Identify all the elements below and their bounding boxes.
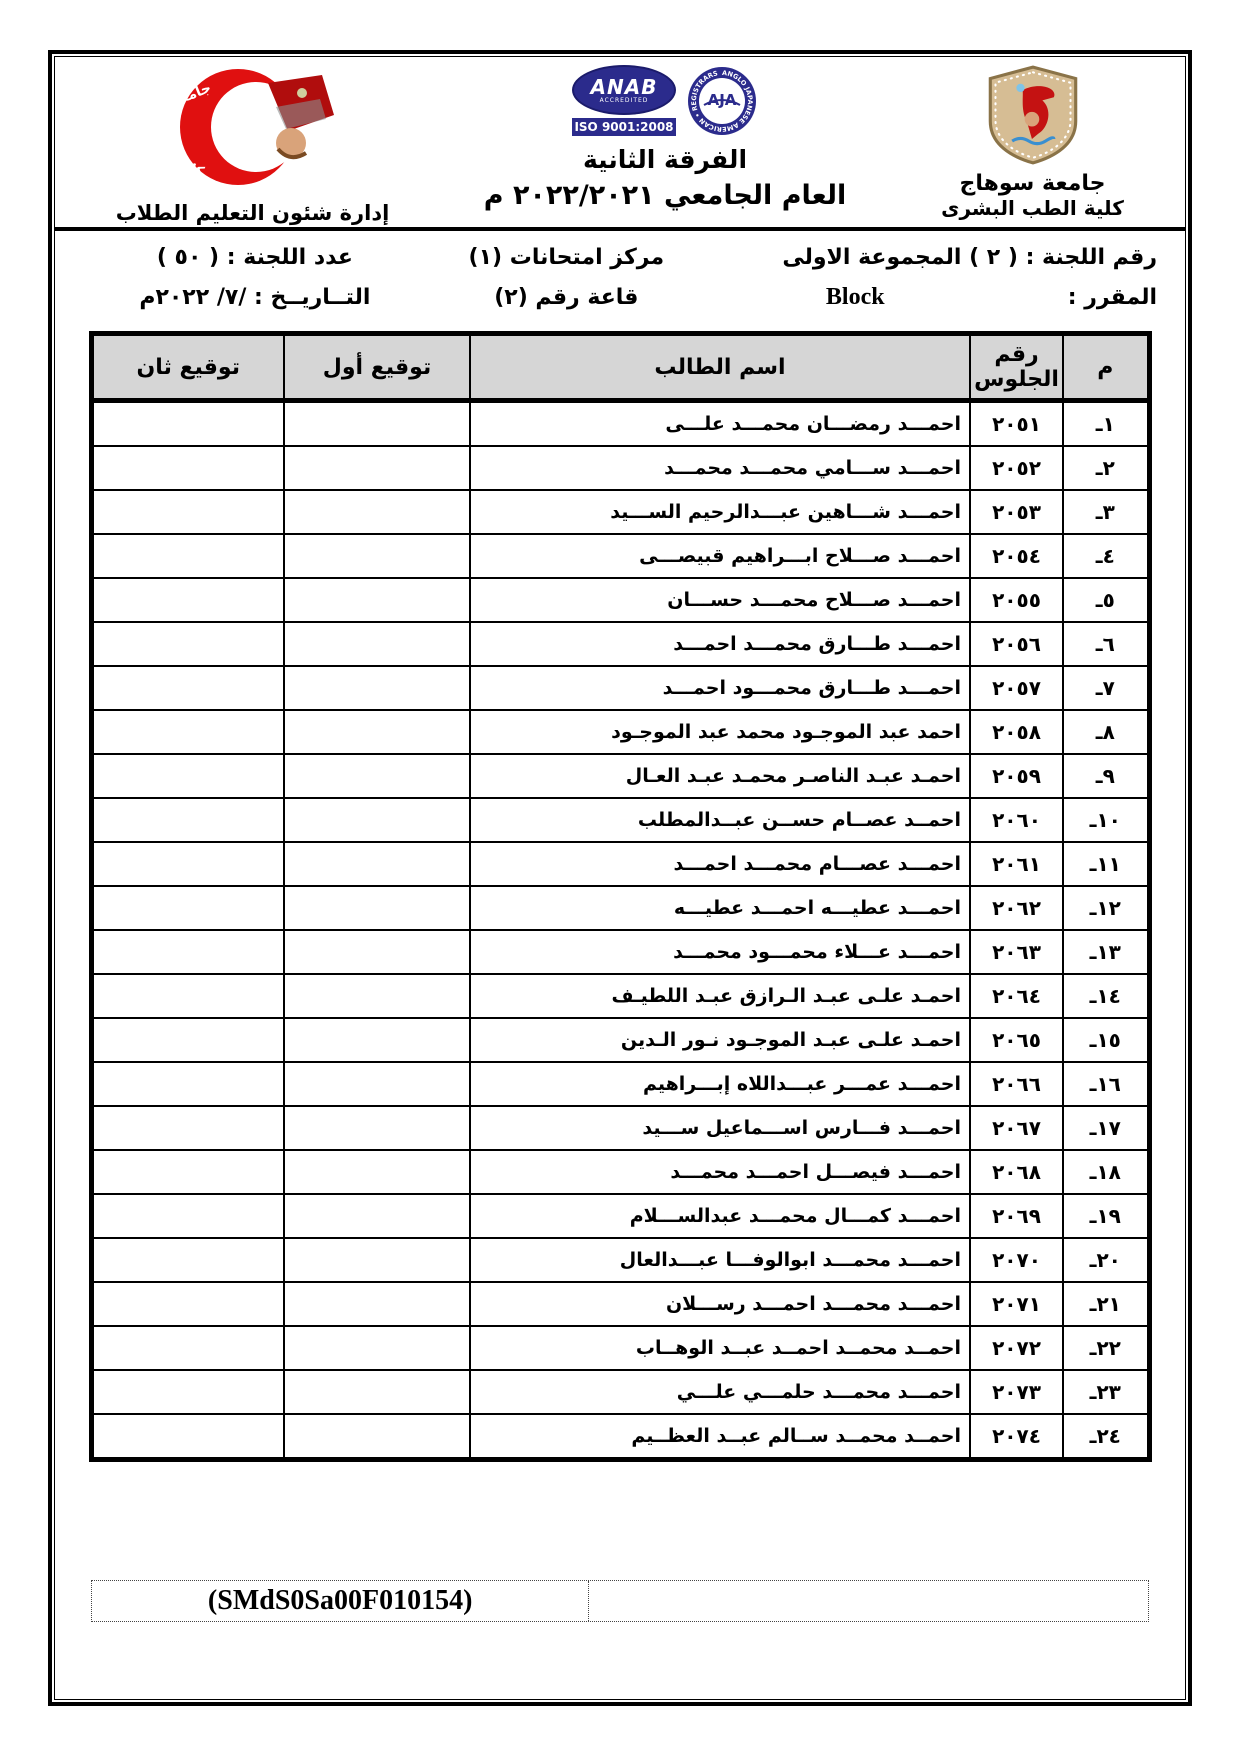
student-row: ٢١ـ ٢٠٧١ احمـــد محمـــد احمـــد رســـلا… [91,1282,1149,1326]
document-page: جامعة سوهاج كلية الطب البشرى ANAB ACCRED… [0,0,1240,1754]
seat-number: ٢٠٦٨ [970,1150,1063,1194]
second-signature-cell [91,930,284,974]
second-signature-cell [91,1326,284,1370]
first-signature-cell [284,754,470,798]
student-name: احمد عبد الموجـود محمد عبد الموجـود [470,710,970,754]
student-name: احمـــد فـــارس اســـماعيل ســـيد [470,1106,970,1150]
first-signature-cell [284,1018,470,1062]
second-signature-cell [91,1282,284,1326]
first-signature-cell [284,446,470,490]
row-index: ٢١ـ [1063,1282,1149,1326]
row-index: ٢ـ [1063,446,1149,490]
row-index: ٢٣ـ [1063,1370,1149,1414]
row-index: ٨ـ [1063,710,1149,754]
student-name: احمـد عبـد الناصـر محمـد عبـد العـال [470,754,970,798]
first-signature-cell [284,1238,470,1282]
university-shield-icon [977,150,1089,169]
page-border-inner-frame: جامعة سوهاج كلية الطب البشرى ANAB ACCRED… [54,56,1186,1700]
first-signature-cell [284,798,470,842]
student-name: احمـد علـى عبـد الـرازق عبـد اللطيـف [470,974,970,1018]
row-index: ٢٤ـ [1063,1414,1149,1460]
first-signature-cell [284,1150,470,1194]
row-index: ٩ـ [1063,754,1149,798]
seat-number: ٢٠٥٤ [970,534,1063,578]
row-index: ١١ـ [1063,842,1149,886]
student-row: ١٦ـ ٢٠٦٦ احمـــد عمـــر عبـــداللاه إبــ… [91,1062,1149,1106]
second-signature-cell [91,490,284,534]
student-name: احمـــد كمـــال محمـــد عبدالســـلام [470,1194,970,1238]
second-signature-cell [91,1414,284,1460]
admin-department: إدارة شئون التعليم الطلاب [55,201,450,225]
seat-number: ٢٠٧٤ [970,1414,1063,1460]
anab-label: ANAB [591,77,658,97]
first-signature-cell [284,1194,470,1238]
student-row: ١٤ـ ٢٠٦٤ احمـد علـى عبـد الـرازق عبـد ال… [91,974,1149,1018]
seat-number: ٢٠٦٠ [970,798,1063,842]
first-signature-cell [284,622,470,666]
student-name: احمـــد ســـامي محمـــد محمـــد [470,446,970,490]
second-signature-cell [91,974,284,1018]
exam-info-section: رقم اللجنة : ( ٢ ) المجموعة الاولى مركز … [55,231,1185,321]
student-name: احمـــد طـــارق محمـــود احمـــد [470,666,970,710]
second-signature-cell [91,1106,284,1150]
student-name: احمـد علـى عبـد الموجـود نـور الـدين [470,1018,970,1062]
student-roster-table: م رقم الجلوس اسم الطالب توقيع أول توقيع … [89,331,1152,1462]
anab-iso-badge-icon: ANAB ACCREDITED ISO 9001:2008 [572,65,676,136]
anab-sub-label: ACCREDITED [600,97,649,104]
second-signature-cell [91,666,284,710]
row-index: ١٩ـ [1063,1194,1149,1238]
second-signature-cell [91,1150,284,1194]
header-university-block: جامعة سوهاج كلية الطب البشرى [880,65,1185,219]
student-name: احمـــد محمـــد حلمـــي علـــي [470,1370,970,1414]
student-name: احمـــد طـــارق محمـــد احمـــد [470,622,970,666]
row-index: ١٣ـ [1063,930,1149,974]
second-signature-cell [91,446,284,490]
first-signature-cell [284,1326,470,1370]
col-header-second-signature: توقيع ثان [91,334,284,401]
student-name: احمـــد عصـــام محمـــد احمـــد [470,842,970,886]
student-row: ٦ـ ٢٠٥٦ احمـــد طـــارق محمـــد احمـــد [91,622,1149,666]
second-signature-cell [91,1018,284,1062]
first-signature-cell [284,710,470,754]
academic-year: العام الجامعي ٢٠٢٢/٢٠٢١ م [450,180,880,211]
second-signature-cell [91,798,284,842]
second-signature-cell [91,886,284,930]
student-name: احمـــد فيصـــل احمـــد محمـــد [470,1150,970,1194]
second-signature-cell [91,1370,284,1414]
student-row: ١٣ـ ٢٠٦٣ احمـــد عـــلاء محمـــود محمـــ… [91,930,1149,974]
course-cell: المقرر : Block [706,284,1157,311]
page-border-frame: جامعة سوهاج كلية الطب البشرى ANAB ACCRED… [48,50,1192,1706]
student-name: احمـــد شـــاهين عبـــدالرحيم الســـيد [470,490,970,534]
student-name: احمـــد عمـــر عبـــداللاه إبـــراهيم [470,1062,970,1106]
row-index: ١٠ـ [1063,798,1149,842]
student-row: ٨ـ ٢٠٥٨ احمد عبد الموجـود محمد عبد الموج… [91,710,1149,754]
first-signature-cell [284,666,470,710]
student-name: احمـــد عـــلاء محمـــود محمـــد [470,930,970,974]
first-signature-cell [284,1282,470,1326]
header-admin-block: جامعة سوهاج كلية الطب إدارة شئون التعليم… [55,65,450,225]
seat-number: ٢٠٥٩ [970,754,1063,798]
second-signature-cell [91,754,284,798]
student-row: ١١ـ ٢٠٦١ احمـــد عصـــام محمـــد احمـــد [91,842,1149,886]
seat-number: ٢٠٥٦ [970,622,1063,666]
col-header-index: م [1063,334,1149,401]
second-signature-cell [91,710,284,754]
seat-number: ٢٠٧٣ [970,1370,1063,1414]
student-table-body: ١ـ ٢٠٥١ احمـــد رمضـــان محمـــد علـــى … [91,401,1149,1460]
student-row: ١٩ـ ٢٠٦٩ احمـــد كمـــال محمـــد عبدالسـ… [91,1194,1149,1238]
second-signature-cell [91,622,284,666]
seat-number: ٢٠٥٣ [970,490,1063,534]
seat-number: ٢٠٦٥ [970,1018,1063,1062]
second-signature-cell [91,1238,284,1282]
row-index: ٦ـ [1063,622,1149,666]
row-index: ٢٠ـ [1063,1238,1149,1282]
row-index: ٣ـ [1063,490,1149,534]
student-row: ٢٣ـ ٢٠٧٣ احمـــد محمـــد حلمـــي علـــي [91,1370,1149,1414]
first-signature-cell [284,1062,470,1106]
row-index: ٧ـ [1063,666,1149,710]
exam-center: مركز امتحانات (١) [427,245,706,270]
course-value: Block [826,284,885,311]
second-signature-cell [91,842,284,886]
col-header-first-signature: توقيع أول [284,334,470,401]
accreditation-logos: ANAB ACCREDITED ISO 9001:2008 [450,65,880,143]
first-signature-cell [284,534,470,578]
first-signature-cell [284,578,470,622]
row-index: ١٦ـ [1063,1062,1149,1106]
first-signature-cell [284,974,470,1018]
student-row: ٣ـ ٢٠٥٣ احمـــد شـــاهين عبـــدالرحيم ال… [91,490,1149,534]
first-signature-cell [284,930,470,974]
footer-empty-cell [589,1581,1148,1621]
col-header-name: اسم الطالب [470,334,970,401]
student-name: احمــد عصــام حســن عبــدالمطلب [470,798,970,842]
seat-number: ٢٠٦٤ [970,974,1063,1018]
student-name: احمـــد صـــلاح ابـــراهيم قبيصـــى [470,534,970,578]
course-label: المقرر : [1068,285,1157,310]
student-row: ١ـ ٢٠٥١ احمـــد رمضـــان محمـــد علـــى [91,401,1149,447]
row-index: ٤ـ [1063,534,1149,578]
student-row: ٢٤ـ ٢٠٧٤ احمــد محمــد ســالم عبــد العظ… [91,1414,1149,1460]
student-row: ٤ـ ٢٠٥٤ احمـــد صـــلاح ابـــراهيم قبيصـ… [91,534,1149,578]
student-row: ١٠ـ ٢٠٦٠ احمــد عصــام حســن عبــدالمطلب [91,798,1149,842]
student-row: ٩ـ ٢٠٥٩ احمـد عبـد الناصـر محمـد عبـد ال… [91,754,1149,798]
student-name: احمــد محمــد ســالم عبــد العظــيم [470,1414,970,1460]
first-signature-cell [284,401,470,447]
student-row: ١٧ـ ٢٠٦٧ احمـــد فـــارس اســـماعيل ســـ… [91,1106,1149,1150]
iso-label: ISO 9001:2008 [572,118,676,136]
student-name: احمـــد محمـــد احمـــد رســـلان [470,1282,970,1326]
row-index: ١٨ـ [1063,1150,1149,1194]
student-name: احمـــد محمـــد ابوالوفـــا عبـــدالعال [470,1238,970,1282]
seat-number: ٢٠٦٦ [970,1062,1063,1106]
first-signature-cell [284,490,470,534]
student-row: ١٢ـ ٢٠٦٢ احمـــد عطيـــه احمـــد عطيـــه [91,886,1149,930]
seat-number: ٢٠٧٠ [970,1238,1063,1282]
first-signature-cell [284,1414,470,1460]
first-signature-cell [284,1106,470,1150]
header-center-block: ANAB ACCREDITED ISO 9001:2008 [450,65,880,211]
student-name: احمــد محمــد احمــد عبــد الوهــاب [470,1326,970,1370]
seat-number: ٢٠٥١ [970,401,1063,447]
student-name: احمـــد رمضـــان محمـــد علـــى [470,401,970,447]
seat-number: ٢٠٦٣ [970,930,1063,974]
student-row: ٧ـ ٢٠٥٧ احمـــد طـــارق محمـــود احمـــد [91,666,1149,710]
row-index: ١٧ـ [1063,1106,1149,1150]
seat-number: ٢٠٦٩ [970,1194,1063,1238]
row-index: ٥ـ [1063,578,1149,622]
student-row: ١٨ـ ٢٠٦٨ احمـــد فيصـــل احمـــد محمـــد [91,1150,1149,1194]
committee-count: عدد اللجنة : ( ٥٠ ) [83,245,427,270]
row-index: ١٥ـ [1063,1018,1149,1062]
row-index: ١ـ [1063,401,1149,447]
form-code: (SMdS0Sa00F010154) [92,1581,589,1621]
second-signature-cell [91,578,284,622]
info-row-2: المقرر : Block قاعة رقم (٢) التــاريــخ … [83,277,1157,317]
aja-registrars-badge-icon: ANGLO JAPANESE AMERICAN • REGISTRARS • A… [686,65,758,141]
student-row: ٢ـ ٢٠٥٢ احمـــد ســـامي محمـــد محمـــد [91,446,1149,490]
seat-number: ٢٠٦٢ [970,886,1063,930]
second-signature-cell [91,401,284,447]
seat-number: ٢٠٧٢ [970,1326,1063,1370]
table-header-row: م رقم الجلوس اسم الطالب توقيع أول توقيع … [91,334,1149,401]
footer-code-box: (SMdS0Sa00F010154) [91,1580,1149,1622]
document-header: جامعة سوهاج كلية الطب البشرى ANAB ACCRED… [55,57,1185,227]
crescent-medicine-logo-icon: جامعة سوهاج كلية الطب [150,178,355,197]
seat-number: ٢٠٧١ [970,1282,1063,1326]
row-index: ٢٢ـ [1063,1326,1149,1370]
seat-number: ٢٠٥٢ [970,446,1063,490]
first-signature-cell [284,842,470,886]
hall-number: قاعة رقم (٢) [427,285,706,310]
student-row: ١٥ـ ٢٠٦٥ احمـد علـى عبـد الموجـود نـور ا… [91,1018,1149,1062]
grade-title: الفرقة الثانية [450,145,880,174]
committee-number: رقم اللجنة : ( ٢ ) المجموعة الاولى [706,245,1157,270]
university-name: جامعة سوهاج [880,171,1185,197]
second-signature-cell [91,534,284,578]
seat-number: ٢٠٦١ [970,842,1063,886]
student-name: احمـــد عطيـــه احمـــد عطيـــه [470,886,970,930]
seat-number: ٢٠٥٨ [970,710,1063,754]
first-signature-cell [284,1370,470,1414]
info-row-1: رقم اللجنة : ( ٢ ) المجموعة الاولى مركز … [83,237,1157,277]
second-signature-cell [91,1194,284,1238]
student-row: ٥ـ ٢٠٥٥ احمـــد صـــلاح محمـــد حســـان [91,578,1149,622]
first-signature-cell [284,886,470,930]
row-index: ١٤ـ [1063,974,1149,1018]
aja-label: AJA [708,91,737,109]
exam-date: التــاريــخ : /٧/ ٢٠٢٢م [83,285,427,310]
seat-number: ٢٠٥٧ [970,666,1063,710]
row-index: ١٢ـ [1063,886,1149,930]
student-name: احمـــد صـــلاح محمـــد حســـان [470,578,970,622]
seat-number: ٢٠٥٥ [970,578,1063,622]
seat-number: ٢٠٦٧ [970,1106,1063,1150]
student-row: ٢٠ـ ٢٠٧٠ احمـــد محمـــد ابوالوفـــا عبـ… [91,1238,1149,1282]
second-signature-cell [91,1062,284,1106]
col-header-seat: رقم الجلوس [970,334,1063,401]
faculty-name: كلية الطب البشرى [880,197,1185,219]
student-row: ٢٢ـ ٢٠٧٢ احمــد محمــد احمــد عبــد الوه… [91,1326,1149,1370]
